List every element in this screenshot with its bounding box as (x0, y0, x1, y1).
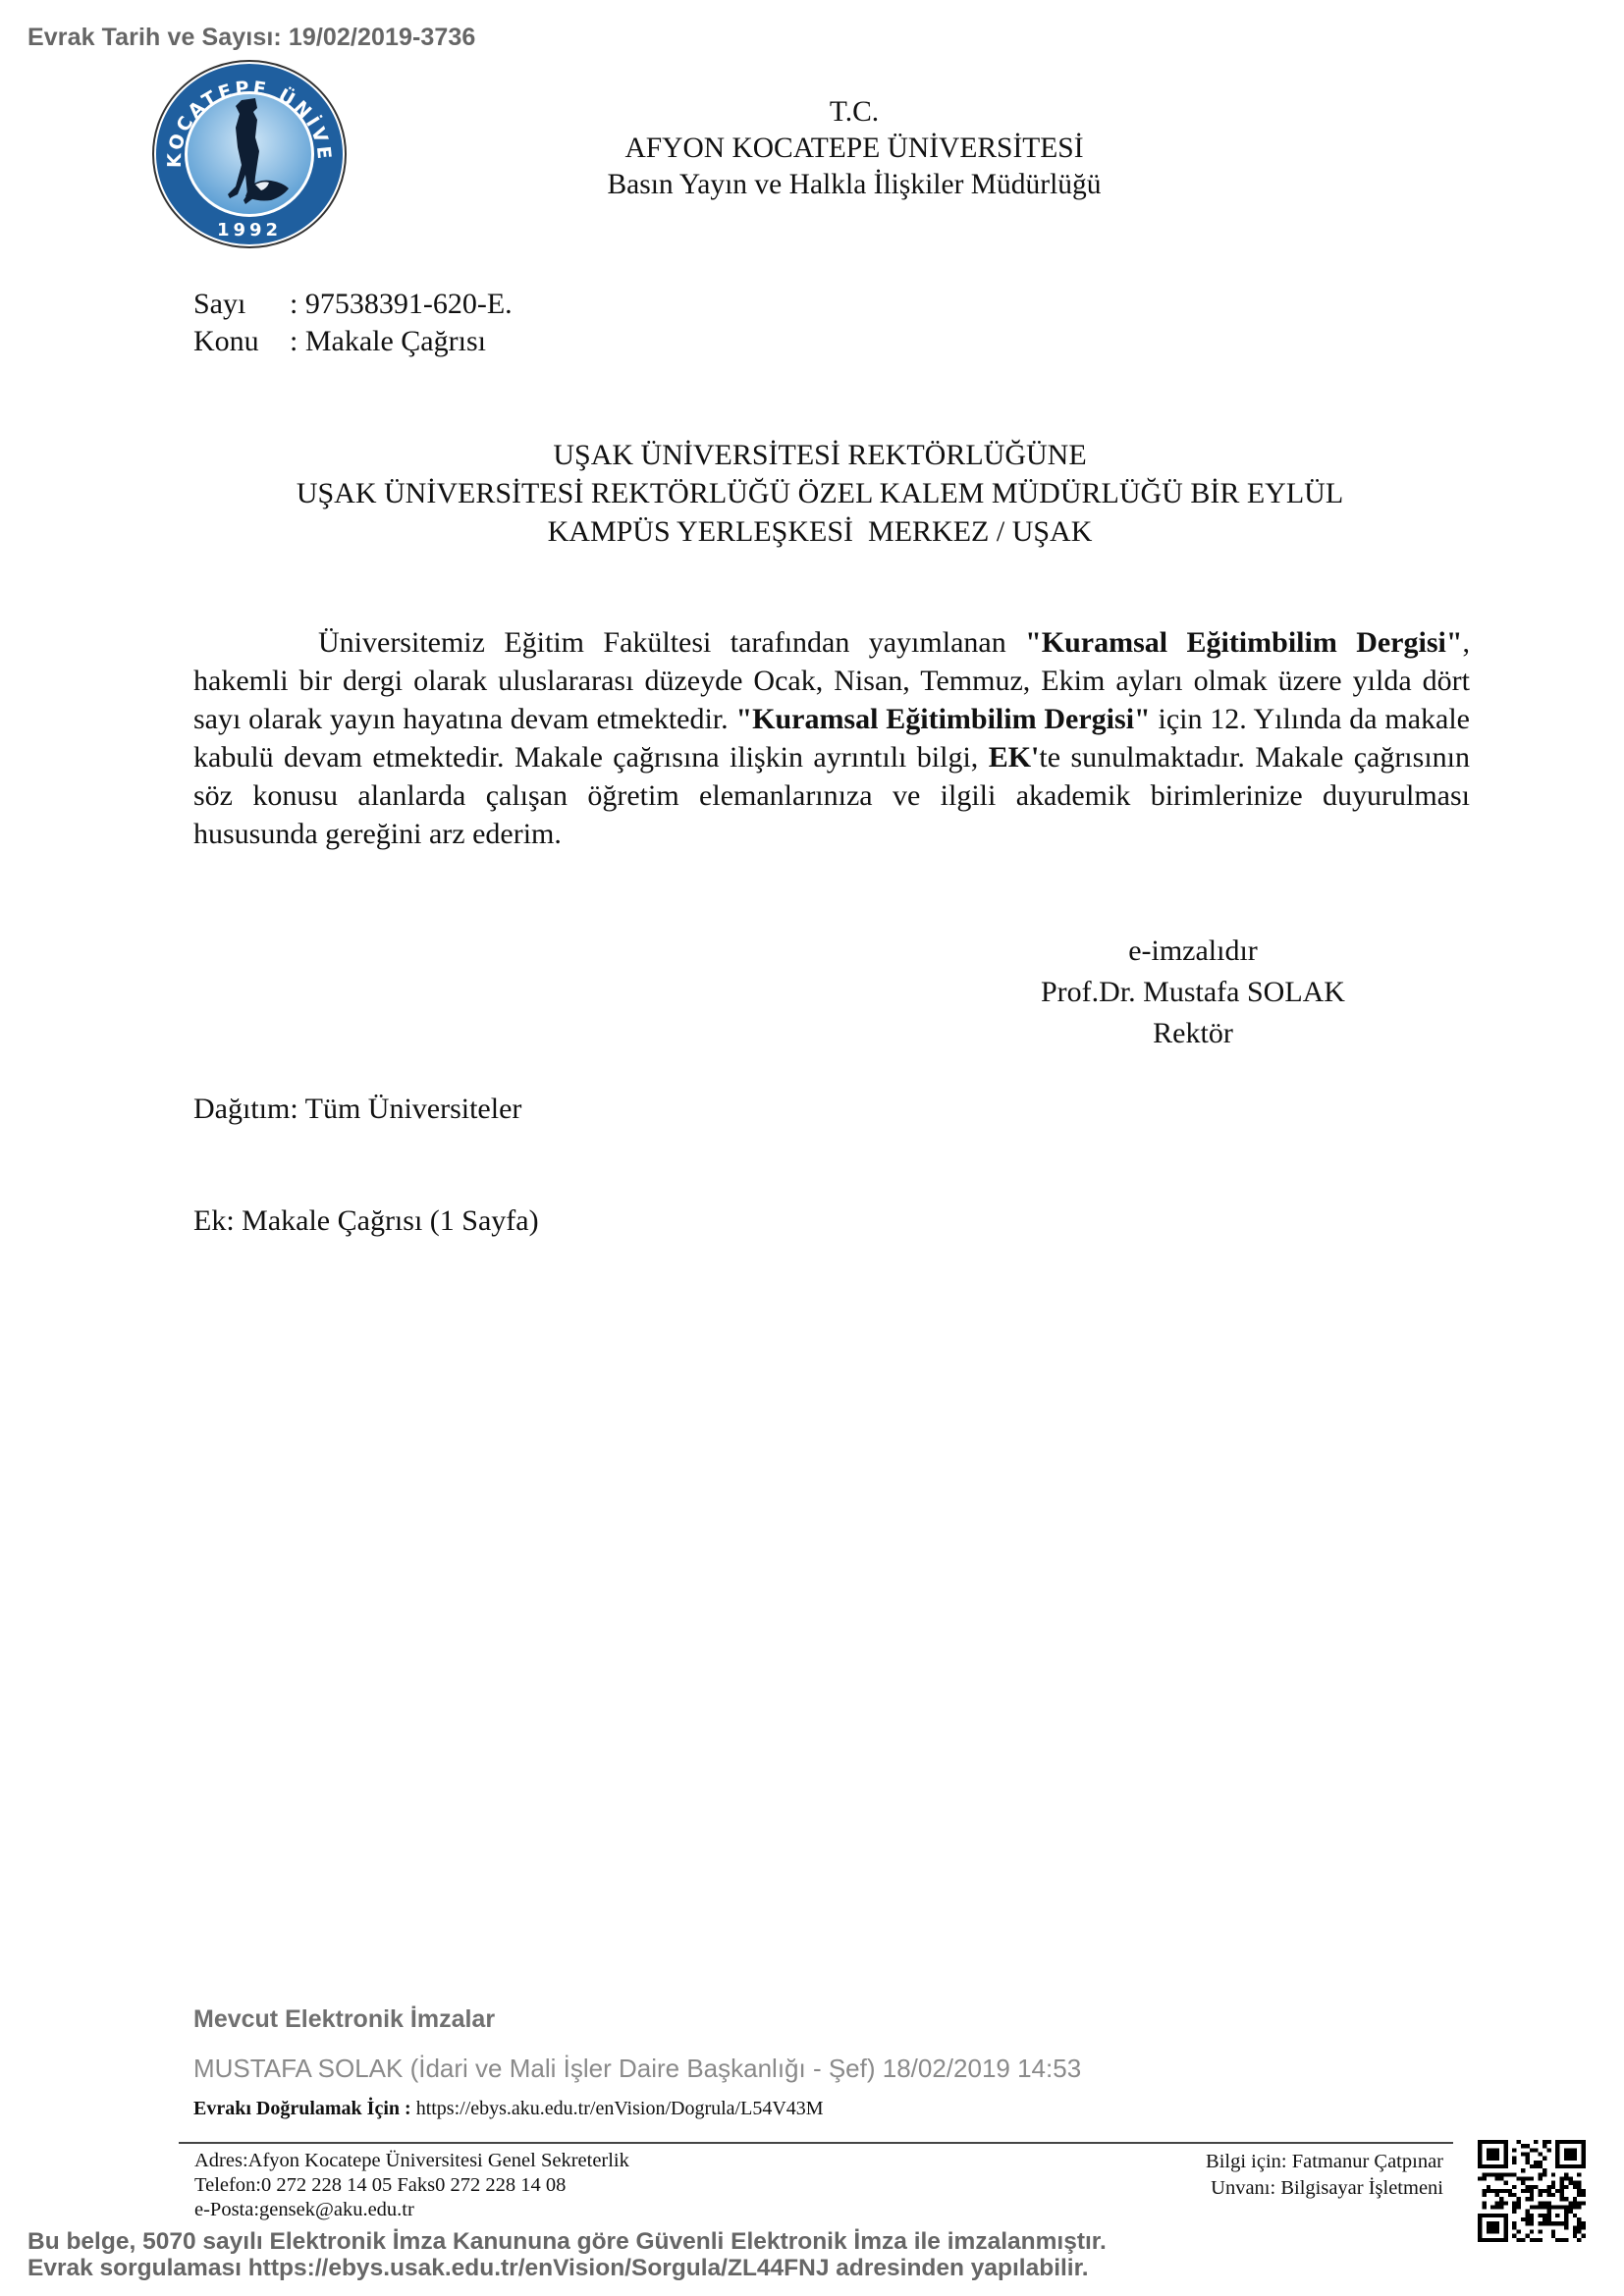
reference-subject-value: : Makale Çağrısı (290, 323, 486, 360)
footer-address: Adres:Afyon Kocatepe Üniversitesi Genel … (194, 2149, 629, 2173)
reference-block: Sayı : 97538391-620-E. Konu : Makale Çağ… (193, 286, 513, 360)
verification-link[interactable]: https://ebys.aku.edu.tr/enVision/Dogrula… (411, 2098, 824, 2119)
letterhead-country: T.C. (530, 94, 1178, 131)
footer-info-contact: Bilgi için: Fatmanur Çatpınar (1129, 2149, 1443, 2175)
reference-subject-label: Konu (193, 323, 290, 360)
document-date-number-stamp: Evrak Tarih ve Sayısı: 19/02/2019-3736 (27, 24, 475, 52)
verification-line: Evrakı Doğrulamak İçin : https://ebys.ak… (193, 2098, 824, 2120)
legal-notice-line: Bu belge, 5070 sayılı Elektronik İmza Ka… (27, 2228, 1107, 2255)
journal-name: "Kuramsal Eğitimbilim Dergisi" (735, 703, 1150, 735)
letterhead-university: AFYON KOCATEPE ÜNİVERSİTESİ (530, 131, 1178, 167)
university-logo: AFYON KOCATEPE ÜNİVERSİTESİ 1992 (151, 59, 348, 249)
legal-notice-line: Evrak sorgulaması https://ebys.usak.edu.… (27, 2255, 1107, 2281)
letterhead: T.C. AFYON KOCATEPE ÜNİVERSİTESİ Basın Y… (530, 94, 1178, 203)
recipient-line: UŞAK ÜNİVERSİTESİ REKTÖRLÜĞÜNE (187, 436, 1453, 474)
university-seal-icon: AFYON KOCATEPE ÜNİVERSİTESİ 1992 (151, 59, 348, 249)
journal-name: "Kuramsal Eğitimbilim Dergisi" (1025, 626, 1462, 659)
footer-contact: Adres:Afyon Kocatepe Üniversitesi Genel … (194, 2149, 629, 2222)
footer-info-title: Unvanı: Bilgisayar İşletmeni (1129, 2175, 1443, 2202)
recipient-line: KAMPÜS YERLEŞKESİ MERKEZ / UŞAK (187, 512, 1453, 551)
footer-phone: Telefon:0 272 228 14 05 Faks0 272 228 14… (194, 2173, 629, 2198)
reference-subject-row: Konu : Makale Çağrısı (193, 323, 513, 360)
verification-label: Evrakı Doğrulamak İçin : (193, 2098, 411, 2119)
attachment-line: Ek: Makale Çağrısı (1 Sayfa) (193, 1204, 539, 1238)
letterhead-department: Basın Yayın ve Halkla İlişkiler Müdürlüğ… (530, 167, 1178, 203)
attachment-reference: EK' (989, 741, 1040, 774)
qr-code-icon (1478, 2140, 1586, 2242)
recipient-address: UŞAK ÜNİVERSİTESİ REKTÖRLÜĞÜNE UŞAK ÜNİV… (187, 436, 1453, 551)
footer-email[interactable]: e-Posta:gensek@aku.edu.tr (194, 2198, 629, 2222)
signer-name: Prof.Dr. Mustafa SOLAK (982, 972, 1404, 1013)
legal-notice: Bu belge, 5070 sayılı Elektronik İmza Ka… (27, 2228, 1107, 2281)
electronic-signature-entry: MUSTAFA SOLAK (İdari ve Mali İşler Daire… (193, 2054, 1081, 2084)
reference-number-row: Sayı : 97538391-620-E. (193, 286, 513, 323)
recipient-line: UŞAK ÜNİVERSİTESİ REKTÖRLÜĞÜ ÖZEL KALEM … (187, 474, 1453, 512)
body-text: Üniversitemiz Eğitim Fakültesi tarafında… (318, 626, 1025, 659)
signer-title: Rektör (982, 1013, 1404, 1054)
reference-number-label: Sayı (193, 286, 290, 323)
distribution-line: Dağıtım: Tüm Üniversiteler (193, 1093, 521, 1126)
signature-block: e-imzalıdır Prof.Dr. Mustafa SOLAK Rektö… (982, 931, 1404, 1054)
svg-text:1992: 1992 (217, 220, 282, 240)
electronic-signatures-heading: Mevcut Elektronik İmzalar (193, 2005, 495, 2034)
reference-number-value: : 97538391-620-E. (290, 286, 513, 323)
letter-body: Üniversitemiz Eğitim Fakültesi tarafında… (193, 624, 1470, 853)
footer-divider (179, 2142, 1453, 2144)
signature-status: e-imzalıdır (982, 931, 1404, 972)
footer-info: Bilgi için: Fatmanur Çatpınar Unvanı: Bi… (1129, 2149, 1443, 2202)
